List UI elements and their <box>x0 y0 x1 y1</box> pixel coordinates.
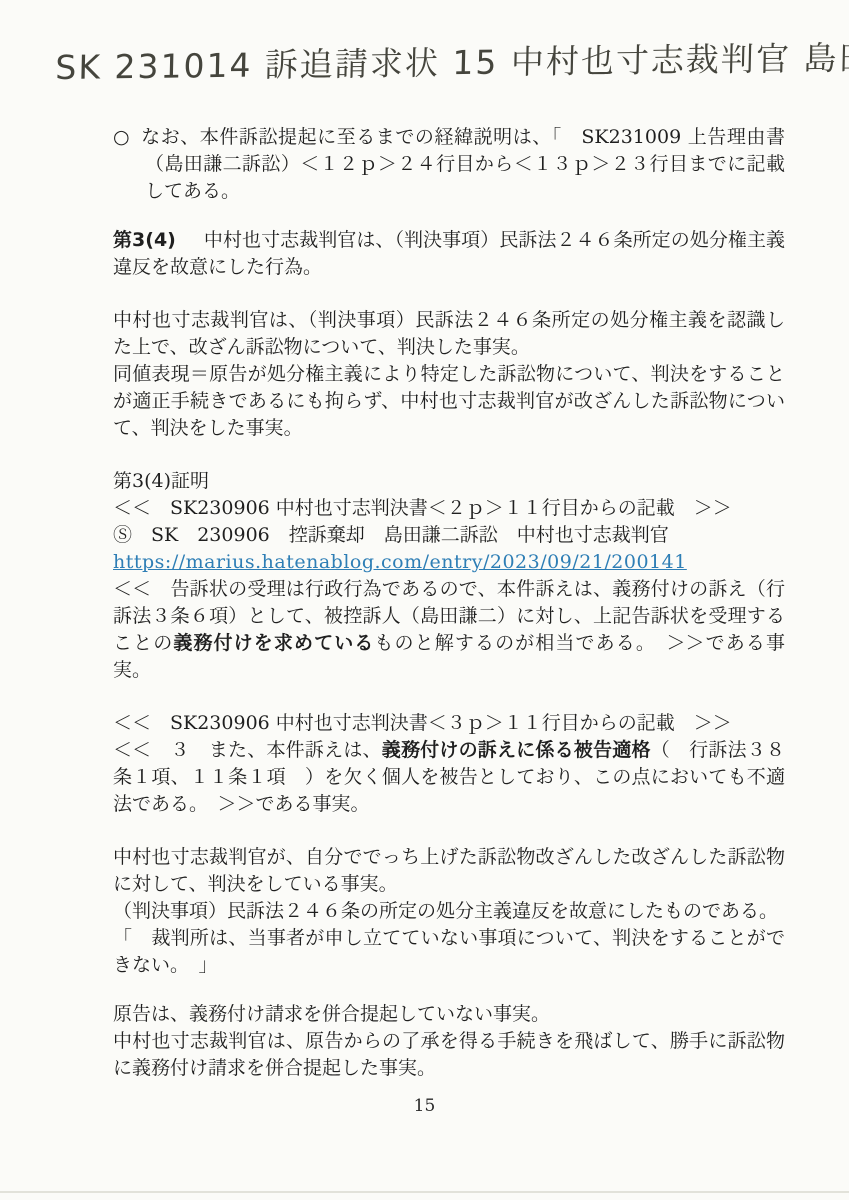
citation2-block: ＜＜ SK230906 中村也寸志判決書＜３ｐ＞１１行目からの記載 ＞＞ ＜＜ … <box>113 710 785 818</box>
citation1-url-line: https://marius.hatenablog.com/entry/2023… <box>113 549 785 576</box>
facts-line-2: 同値表現＝原告が処分権主義により特定した訴訟物について、判決をすることが適正手続… <box>113 361 785 442</box>
proof-block: 第3(4)証明 ＜＜ SK230906 中村也寸志判決書＜２ｐ＞１１行目からの記… <box>113 468 785 684</box>
note-paragraph: ○なお、本件訴訟提起に至るまでの経緯説明は、「 SK231009 上告理由書（島… <box>113 124 785 205</box>
citation1-quote-bold: 義務付けを求めている <box>173 632 374 654</box>
citation2-quote-pre: ＜＜ ３ また、本件訴えは、 <box>113 739 382 761</box>
facts-paragraph: 中村也寸志裁判官は、（判決事項）民訴法２４６条所定の処分権主義を認識した上で、改… <box>113 307 785 442</box>
final-paragraph: 原告は、義務付け請求を併合提起していない事実。 中村也寸志裁判官は、原告からの了… <box>113 1001 785 1082</box>
citation1-quote: ＜＜ 告訴状の受理は行政行為であるので、本件訴えは、義務付けの訴え（行訴法３条６… <box>113 576 785 684</box>
circle-marker: ○ <box>113 126 130 148</box>
conclusion-paragraph: 中村也寸志裁判官が、自分ででっち上げた訴訟物改ざんした改ざんした訴訟物に対して、… <box>113 844 785 979</box>
document-body: ○なお、本件訴訟提起に至るまでの経緯説明は、「 SK231009 上告理由書（島… <box>113 124 785 1082</box>
section-heading: 第3(4)中村也寸志裁判官は、（判決事項）民訴法２４６条所定の処分権主義違反を故… <box>113 227 785 281</box>
handwritten-title: SK 231014 訴追請求状 15 中村也寸志裁判官 島田謙二訴訟 <box>55 33 816 89</box>
citation2-quote: ＜＜ ３ また、本件訴えは、義務付けの訴えに係る被告適格（ 行訴法３８条１項、１… <box>113 737 785 818</box>
conclusion-line-2: （判決事項）民訴法２４６条の所定の処分主義違反を故意にしたものである。 <box>113 898 785 925</box>
source-url-link[interactable]: https://marius.hatenablog.com/entry/2023… <box>113 551 687 573</box>
page-number: 15 <box>0 1096 849 1116</box>
note-text: なお、本件訴訟提起に至るまでの経緯説明は、「 SK231009 上告理由書（島田… <box>141 126 785 202</box>
final-line-1: 原告は、義務付け請求を併合提起していない事実。 <box>113 1001 785 1028</box>
citation2-header: ＜＜ SK230906 中村也寸志判決書＜３ｐ＞１１行目からの記載 ＞＞ <box>113 710 785 737</box>
final-line-2: 中村也寸志裁判官は、原告からの了承を得る手続きを飛ばして、勝手に訴訟物に義務付け… <box>113 1028 785 1082</box>
proof-heading: 第3(4)証明 <box>113 468 785 495</box>
conclusion-line-1: 中村也寸志裁判官が、自分ででっち上げた訴訟物改ざんした改ざんした訴訟物に対して、… <box>113 844 785 898</box>
conclusion-line-3: 「 裁判所は、当事者が申し立てていない事項について、判決をすることができない。 … <box>113 925 785 979</box>
scan-edge-artifact <box>0 1191 849 1193</box>
facts-line-1: 中村也寸志裁判官は、（判決事項）民訴法２４６条所定の処分権主義を認識した上で、改… <box>113 307 785 361</box>
section-heading-text: 中村也寸志裁判官は、（判決事項）民訴法２４６条所定の処分権主義違反を故意にした行… <box>113 229 785 278</box>
citation2-quote-bold: 義務付けの訴えに係る被告適格 <box>382 739 651 761</box>
section-number: 第3(4) <box>113 229 176 251</box>
citation1-source-line: Ⓢ SK 230906 控訴棄却 島田謙二訴訟 中村也寸志裁判官 <box>113 522 785 549</box>
citation1-header: ＜＜ SK230906 中村也寸志判決書＜２ｐ＞１１行目からの記載 ＞＞ <box>113 495 785 522</box>
